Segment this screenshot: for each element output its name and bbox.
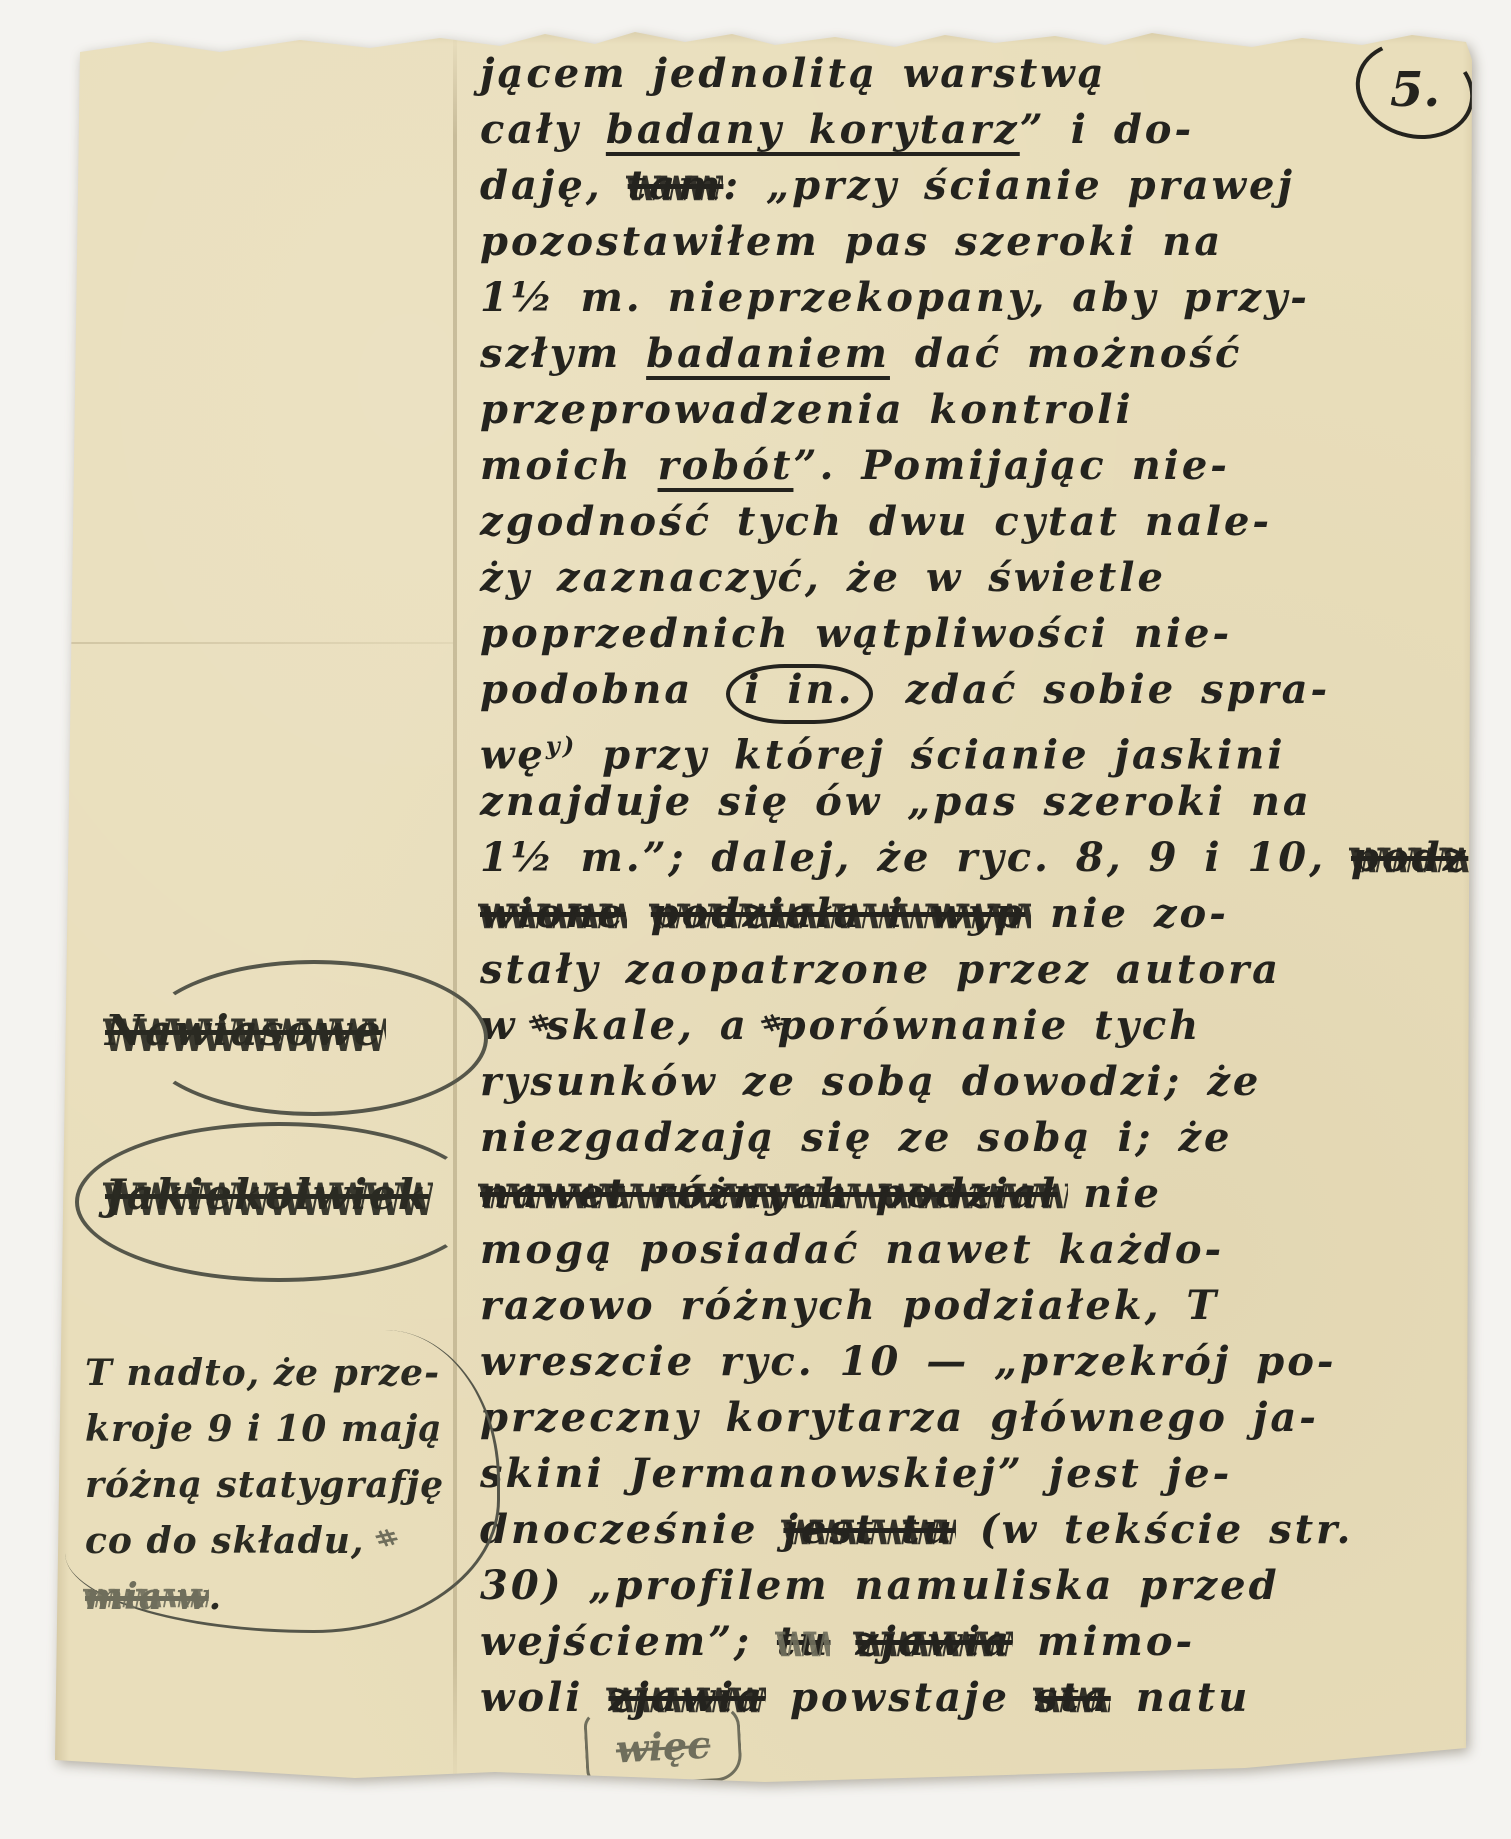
manuscript-line: niezgadzają się ze sobą i; że <box>480 1110 1480 1166</box>
manuscript-line: zgodność tych dwu cytat nale- <box>480 494 1480 550</box>
text-segment: mia w <box>85 1569 209 1625</box>
text-segment: wreszcie ryc. 10 — „przekrój po- <box>480 1338 1337 1385</box>
text-segment: . <box>1468 834 1485 881</box>
text-segment: pozostawiłem pas szeroki na <box>480 218 1223 265</box>
margin-note-b: Jakiekolwiek <box>75 1122 505 1292</box>
text-segment: mimo- <box>1012 1618 1195 1665</box>
manuscript-line: razowo różnych podziałek, T <box>480 1278 1480 1334</box>
manuscript-line: daję, tam: „przy ścianie prawej <box>480 158 1480 214</box>
text-segment: cały <box>480 106 606 153</box>
text-segment: przeczny korytarza głównego ja- <box>480 1394 1319 1441</box>
manuscript-line: T nadto, że prze- <box>85 1345 505 1401</box>
text-segment: tam <box>628 158 724 214</box>
manuscript-line: poprzednich wątpliwości nie- <box>480 606 1480 662</box>
manuscript-line: mogą posiadać nawet każdo- <box>480 1222 1480 1278</box>
text-segment: Nawiasowe <box>105 1006 382 1056</box>
manuscript-line: wejściem”; tu zjawia mimo- <box>480 1614 1480 1670</box>
manuscript-line: Jakiekolwiek <box>105 1170 429 1220</box>
text-segment: daję, <box>480 162 628 209</box>
text-segment: : „przy ścianie prawej <box>723 162 1295 209</box>
text-segment: przeprowadzenia kontroli <box>480 386 1134 433</box>
manuscript-line: podobna i in. zdać sobie spra- <box>480 662 1480 718</box>
manuscript-line: ży zaznaczyć, że w świetle <box>480 550 1480 606</box>
text-segment: razowo różnych podziałek, T <box>480 1282 1219 1329</box>
manuscript-line: moich robót”. Pomijając nie- <box>480 438 1480 494</box>
text-segment: sta <box>1035 1670 1111 1726</box>
text-segment: podziała i wyp <box>651 886 1025 942</box>
text-segment: jącem jednolitą warstwą <box>480 50 1107 97</box>
text-segment: nie zo- <box>1025 890 1229 937</box>
text-segment: badaniem <box>646 330 890 377</box>
text-segment: tu <box>777 1614 831 1670</box>
text-segment <box>626 890 651 937</box>
text-segment: zjawia <box>855 1614 1012 1670</box>
text-segment: co do składu, <box>85 1520 364 1562</box>
manuscript-line: nawet różnych podział nie <box>480 1166 1480 1222</box>
text-segment: zgodność tych dwu cytat nale- <box>480 498 1272 545</box>
text-segment: porównanie tych <box>778 1002 1202 1049</box>
manuscript-line: znajduje się ów „pas szeroki na <box>480 774 1480 830</box>
text-segment: przy której ścianie jaskini <box>577 731 1285 778</box>
text-segment: powstaje <box>765 1674 1035 1721</box>
manuscript-line: 30) „profilem namuliska przed <box>480 1558 1480 1614</box>
text-segment: # <box>356 1516 416 1561</box>
text-segment: podobna <box>480 666 718 713</box>
manuscript-line: dnocześnie jest tu (w tekście str. <box>480 1502 1480 1558</box>
manuscript-line: mia w. <box>85 1569 505 1625</box>
text-segment: Jakiekolwiek <box>105 1170 429 1220</box>
text-segment: ży zaznaczyć, że w świetle <box>480 554 1166 601</box>
main-text-column: jącem jednolitą warstwącały badany koryt… <box>480 46 1480 1726</box>
manuscript-line: wione podziała i wyp nie zo- <box>480 886 1480 942</box>
text-segment: ”. Pomijając nie- <box>793 442 1229 489</box>
pencil-insertion-box: więc <box>583 1704 743 1788</box>
text-segment: zdać sobie spra- <box>881 666 1331 713</box>
manuscript-line: jącem jednolitą warstwą <box>480 46 1480 102</box>
manuscript-line: węy) przy której ścianie jaskini <box>480 718 1480 774</box>
text-segment: ” i do- <box>1020 106 1194 153</box>
text-segment: dać możność <box>890 330 1242 377</box>
manuscript-line: skini Jermanowskiej” jest je- <box>480 1446 1480 1502</box>
manuscript-line: cały badany korytarz” i do- <box>480 102 1480 158</box>
text-segment: i in. <box>726 664 872 724</box>
text-segment: znajduje się ów „pas szeroki na <box>480 778 1312 825</box>
margin-note-c: T nadto, że prze-kroje 9 i 10 mająróżną … <box>85 1345 505 1625</box>
manuscript-line: szłym badaniem dać możność <box>480 326 1480 382</box>
manuscript-line: kroje 9 i 10 mają <box>85 1401 505 1457</box>
text-segment: stały zaopatrzone przez autora <box>480 946 1281 993</box>
text-segment: 1½ m.”; dalej, że ryc. 8, 9 i 10, <box>480 834 1351 881</box>
margin-note-a: Nawiasowe <box>85 960 505 1120</box>
text-segment: wejściem”; <box>480 1618 777 1665</box>
text-segment: nie <box>1058 1170 1162 1217</box>
manuscript-line: Nawiasowe <box>105 1006 382 1056</box>
text-segment: szłym <box>480 330 646 377</box>
text-segment: wę <box>480 731 546 778</box>
text-segment: y) <box>546 731 577 760</box>
pencil-word: więc <box>615 1721 712 1771</box>
text-segment: natu <box>1111 1674 1250 1721</box>
text-segment: robót <box>658 442 794 489</box>
text-segment: skale, a <box>546 1002 749 1049</box>
manuscript-line: wreszcie ryc. 10 — „przekrój po- <box>480 1334 1480 1390</box>
text-segment: moich <box>480 442 658 489</box>
paper-sheet: 5. jącem jednolitą warstwącały badany ko… <box>55 30 1473 1790</box>
text-segment: wione <box>480 886 626 942</box>
manuscript-line: 1½ m. nieprzekopany, aby przy- <box>480 270 1480 326</box>
text-segment: podz <box>1351 830 1468 886</box>
text-segment: 1½ m. nieprzekopany, aby przy- <box>480 274 1310 321</box>
text-segment: 30) „profilem namuliska przed <box>480 1562 1280 1609</box>
scan-background: 5. jącem jednolitą warstwącały badany ko… <box>0 0 1511 1839</box>
text-segment <box>830 1618 855 1665</box>
manuscript-line: w#skale, a#porównanie tych <box>480 998 1480 1054</box>
manuscript-line: pozostawiłem pas szeroki na <box>480 214 1480 270</box>
manuscript-line: przeprowadzenia kontroli <box>480 382 1480 438</box>
text-segment: kroje 9 i 10 mają <box>85 1408 443 1450</box>
horizontal-crease <box>55 642 453 644</box>
manuscript-line: stały zaopatrzone przez autora <box>480 942 1480 998</box>
text-segment: T nadto, że prze- <box>85 1352 440 1394</box>
margin-note-a-text: Nawiasowe <box>105 1006 382 1056</box>
text-segment: dnocześnie <box>480 1506 783 1553</box>
paper-surface: 5. jącem jednolitą warstwącały badany ko… <box>55 30 1473 1790</box>
manuscript-line: przeczny korytarza głównego ja- <box>480 1390 1480 1446</box>
text-segment: niezgadzają się ze sobą i; że <box>480 1114 1233 1161</box>
manuscript-line: różną statygrafję <box>85 1457 505 1513</box>
margin-note-b-text: Jakiekolwiek <box>105 1170 429 1220</box>
text-segment: skini Jermanowskiej” jest je- <box>480 1450 1232 1497</box>
text-segment: jest tu <box>783 1502 954 1558</box>
text-segment: mogą posiadać nawet każdo- <box>480 1226 1224 1273</box>
text-segment: badany korytarz <box>606 106 1020 153</box>
text-segment: (w tekście str. <box>955 1506 1354 1553</box>
text-segment: rysunków ze sobą dowodzi; że <box>480 1058 1261 1105</box>
scanned-manuscript-page: { "page": { "number": "5.", "paper_color… <box>0 0 1511 1839</box>
text-segment: różną statygrafję <box>85 1464 444 1506</box>
manuscript-line: co do składu,# <box>85 1513 505 1569</box>
text-segment: . <box>209 1576 223 1618</box>
manuscript-line: rysunków ze sobą dowodzi; że <box>480 1054 1480 1110</box>
text-segment: poprzednich wątpliwości nie- <box>480 610 1232 657</box>
manuscript-line: 1½ m.”; dalej, że ryc. 8, 9 i 10, podz. <box>480 830 1480 886</box>
text-segment: nawet różnych podział <box>480 1166 1058 1222</box>
